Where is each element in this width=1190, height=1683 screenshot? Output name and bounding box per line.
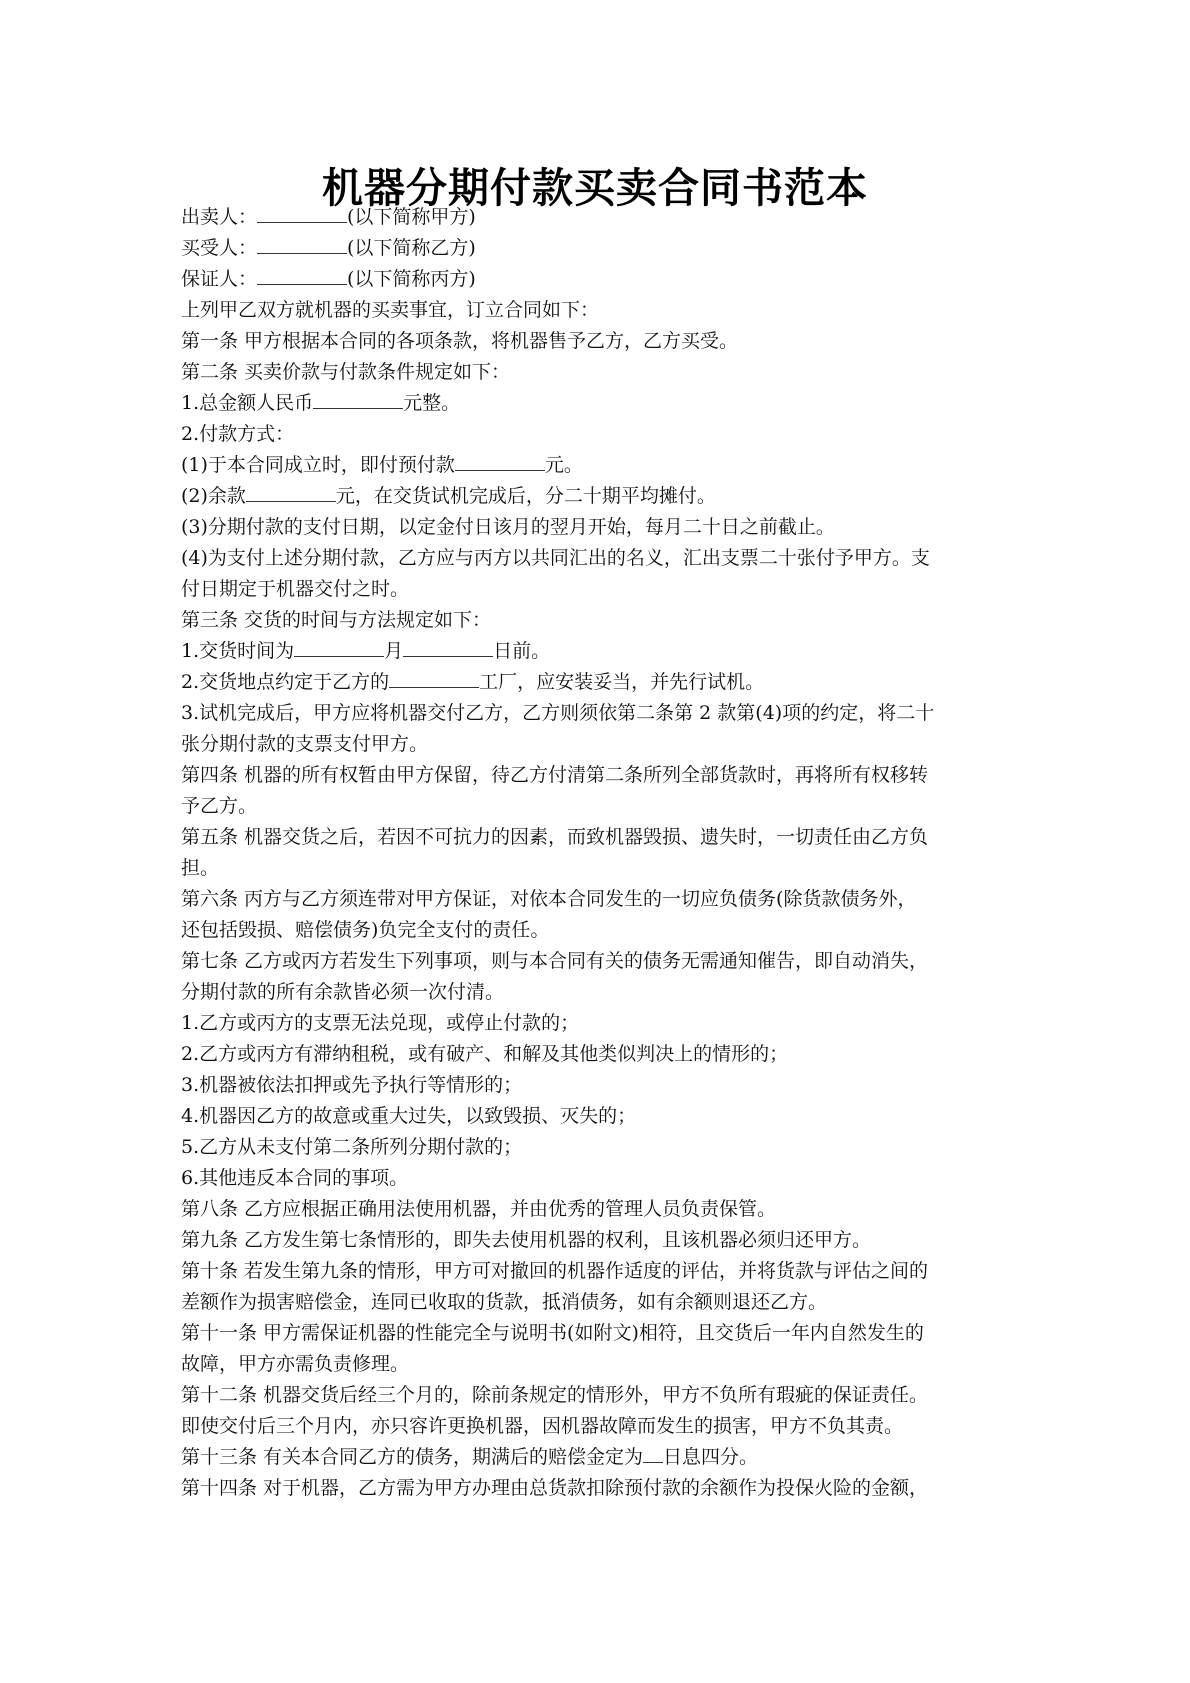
text: (2)余款 <box>181 485 246 507</box>
fill-blank <box>455 452 545 471</box>
fill-blank <box>643 1444 663 1463</box>
party-seller: 出卖人：(以下简称甲方) <box>181 202 1016 233</box>
article-2-sub-4: (4)为支付上述分期付款，乙方应与丙方以共同汇出的名义，汇出支票二十张付予甲方。… <box>181 543 1016 574</box>
article-3-item-2: 2.交货地点约定于乙方的工厂，应安装妥当，并先行试机。 <box>181 667 1016 698</box>
text: 1.交货时间为 <box>181 640 294 662</box>
document-body: 出卖人：(以下简称甲方) 买受人：(以下简称乙方) 保证人：(以下简称丙方) 上… <box>181 202 1016 1504</box>
party-suffix: (以下简称甲方) <box>347 206 476 228</box>
article-7-item: 5.乙方从未支付第二条所列分期付款的； <box>181 1132 1016 1163</box>
article-10-cont: 差额作为损害赔偿金，连同已收取的货款，抵消债务，如有余额则退还乙方。 <box>181 1287 1016 1318</box>
article-1: 第一条 甲方根据本合同的各项条款，将机器售予乙方，乙方买受。 <box>181 326 1016 357</box>
article-7-cont: 分期付款的所有余款皆必须一次付清。 <box>181 977 1016 1008</box>
fill-blank <box>403 638 493 657</box>
article-12-cont: 即使交付后三个月内，亦只容许更换机器，因机器故障而发生的损害，甲方不负其责。 <box>181 1411 1016 1442</box>
article-13: 第十三条 有关本合同乙方的债务，期满后的赔偿金定为日息四分。 <box>181 1442 1016 1473</box>
article-12: 第十二条 机器交货后经三个月的，除前条规定的情形外，甲方不负所有瑕疵的保证责任。 <box>181 1380 1016 1411</box>
party-suffix: (以下简称乙方) <box>347 237 476 259</box>
article-2-item-2: 2.付款方式： <box>181 419 1016 450</box>
text: 2.交货地点约定于乙方的 <box>181 671 389 693</box>
fill-blank <box>294 638 384 657</box>
article-4-cont: 予乙方。 <box>181 791 1016 822</box>
article-2-heading: 第二条 买卖价款与付款条件规定如下： <box>181 357 1016 388</box>
article-7-item: 2.乙方或丙方有滞纳租税，或有破产、和解及其他类似判决上的情形的； <box>181 1039 1016 1070</box>
fill-blank <box>246 483 336 502</box>
article-2-sub-1: (1)于本合同成立时，即付预付款元。 <box>181 450 1016 481</box>
article-7: 第七条 乙方或丙方若发生下列事项，则与本合同有关的债务无需通知催告，即自动消失， <box>181 946 1016 977</box>
article-4: 第四条 机器的所有权暂由甲方保留，待乙方付清第二条所列全部货款时，再将所有权移转 <box>181 760 1016 791</box>
article-2-sub-3: (3)分期付款的支付日期，以定金付日该月的翌月开始，每月二十日之前截止。 <box>181 512 1016 543</box>
article-9: 第九条 乙方发生第七条情形的，即失去使用机器的权利，且该机器必须归还甲方。 <box>181 1225 1016 1256</box>
text: 1.总金额人民币 <box>181 392 313 414</box>
text: (1)于本合同成立时，即付预付款 <box>181 454 455 476</box>
text: 日息四分。 <box>663 1446 758 1468</box>
article-8: 第八条 乙方应根据正确用法使用机器，并由优秀的管理人员负责保管。 <box>181 1194 1016 1225</box>
fill-blank <box>257 235 347 254</box>
intro-paragraph: 上列甲乙双方就机器的买卖事宜，订立合同如下： <box>181 295 1016 326</box>
article-14: 第十四条 对于机器，乙方需为甲方办理由总货款扣除预付款的余额作为投保火险的金额， <box>181 1473 1016 1504</box>
party-buyer: 买受人：(以下简称乙方) <box>181 233 1016 264</box>
text: 元。 <box>545 454 583 476</box>
article-7-item: 1.乙方或丙方的支票无法兑现，或停止付款的； <box>181 1008 1016 1039</box>
article-7-item: 3.机器被依法扣押或先予执行等情形的； <box>181 1070 1016 1101</box>
article-2-sub-4-cont: 付日期定于机器交付之时。 <box>181 574 1016 605</box>
article-3-item-3-cont: 张分期付款的支票支付甲方。 <box>181 729 1016 760</box>
party-guarantor: 保证人：(以下简称丙方) <box>181 264 1016 295</box>
document-page: 机器分期付款买卖合同书范本 出卖人：(以下简称甲方) 买受人：(以下简称乙方) … <box>0 0 1190 1683</box>
article-5-cont: 担。 <box>181 853 1016 884</box>
fill-blank <box>257 204 347 223</box>
party-suffix: (以下简称丙方) <box>347 268 476 290</box>
article-11-cont: 故障，甲方亦需负责修理。 <box>181 1349 1016 1380</box>
text: 工厂，应安装妥当，并先行试机。 <box>479 671 764 693</box>
party-label: 保证人： <box>181 268 257 290</box>
article-7-item: 4.机器因乙方的故意或重大过失，以致毁损、灭失的； <box>181 1101 1016 1132</box>
article-3-item-1: 1.交货时间为月日前。 <box>181 636 1016 667</box>
article-10: 第十条 若发生第九条的情形，甲方可对撤回的机器作适度的评估，并将货款与评估之间的 <box>181 1256 1016 1287</box>
article-3-item-3: 3.试机完成后，甲方应将机器交付乙方，乙方则须依第二条第 2 款第(4)项的约定… <box>181 698 1016 729</box>
text: 日前。 <box>493 640 550 662</box>
article-11: 第十一条 甲方需保证机器的性能完全与说明书(如附文)相符，且交货后一年内自然发生… <box>181 1318 1016 1349</box>
article-3-heading: 第三条 交货的时间与方法规定如下： <box>181 605 1016 636</box>
article-7-item: 6.其他违反本合同的事项。 <box>181 1163 1016 1194</box>
article-2-item-1: 1.总金额人民币元整。 <box>181 388 1016 419</box>
article-2-sub-2: (2)余款元，在交货试机完成后，分二十期平均摊付。 <box>181 481 1016 512</box>
text: 第十三条 有关本合同乙方的债务，期满后的赔偿金定为 <box>181 1446 643 1468</box>
text: 元，在交货试机完成后，分二十期平均摊付。 <box>336 485 716 507</box>
text: 月 <box>384 640 403 662</box>
fill-blank <box>313 390 403 409</box>
fill-blank <box>257 266 347 285</box>
article-6: 第六条 丙方与乙方须连带对甲方保证，对依本合同发生的一切应负债务(除货款债务外， <box>181 884 1016 915</box>
party-label: 买受人： <box>181 237 257 259</box>
party-label: 出卖人： <box>181 206 257 228</box>
fill-blank <box>389 669 479 688</box>
article-5: 第五条 机器交货之后，若因不可抗力的因素，而致机器毁损、遗失时，一切责任由乙方负 <box>181 822 1016 853</box>
article-6-cont: 还包括毁损、赔偿债务)负完全支付的责任。 <box>181 915 1016 946</box>
text: 元整。 <box>403 392 460 414</box>
